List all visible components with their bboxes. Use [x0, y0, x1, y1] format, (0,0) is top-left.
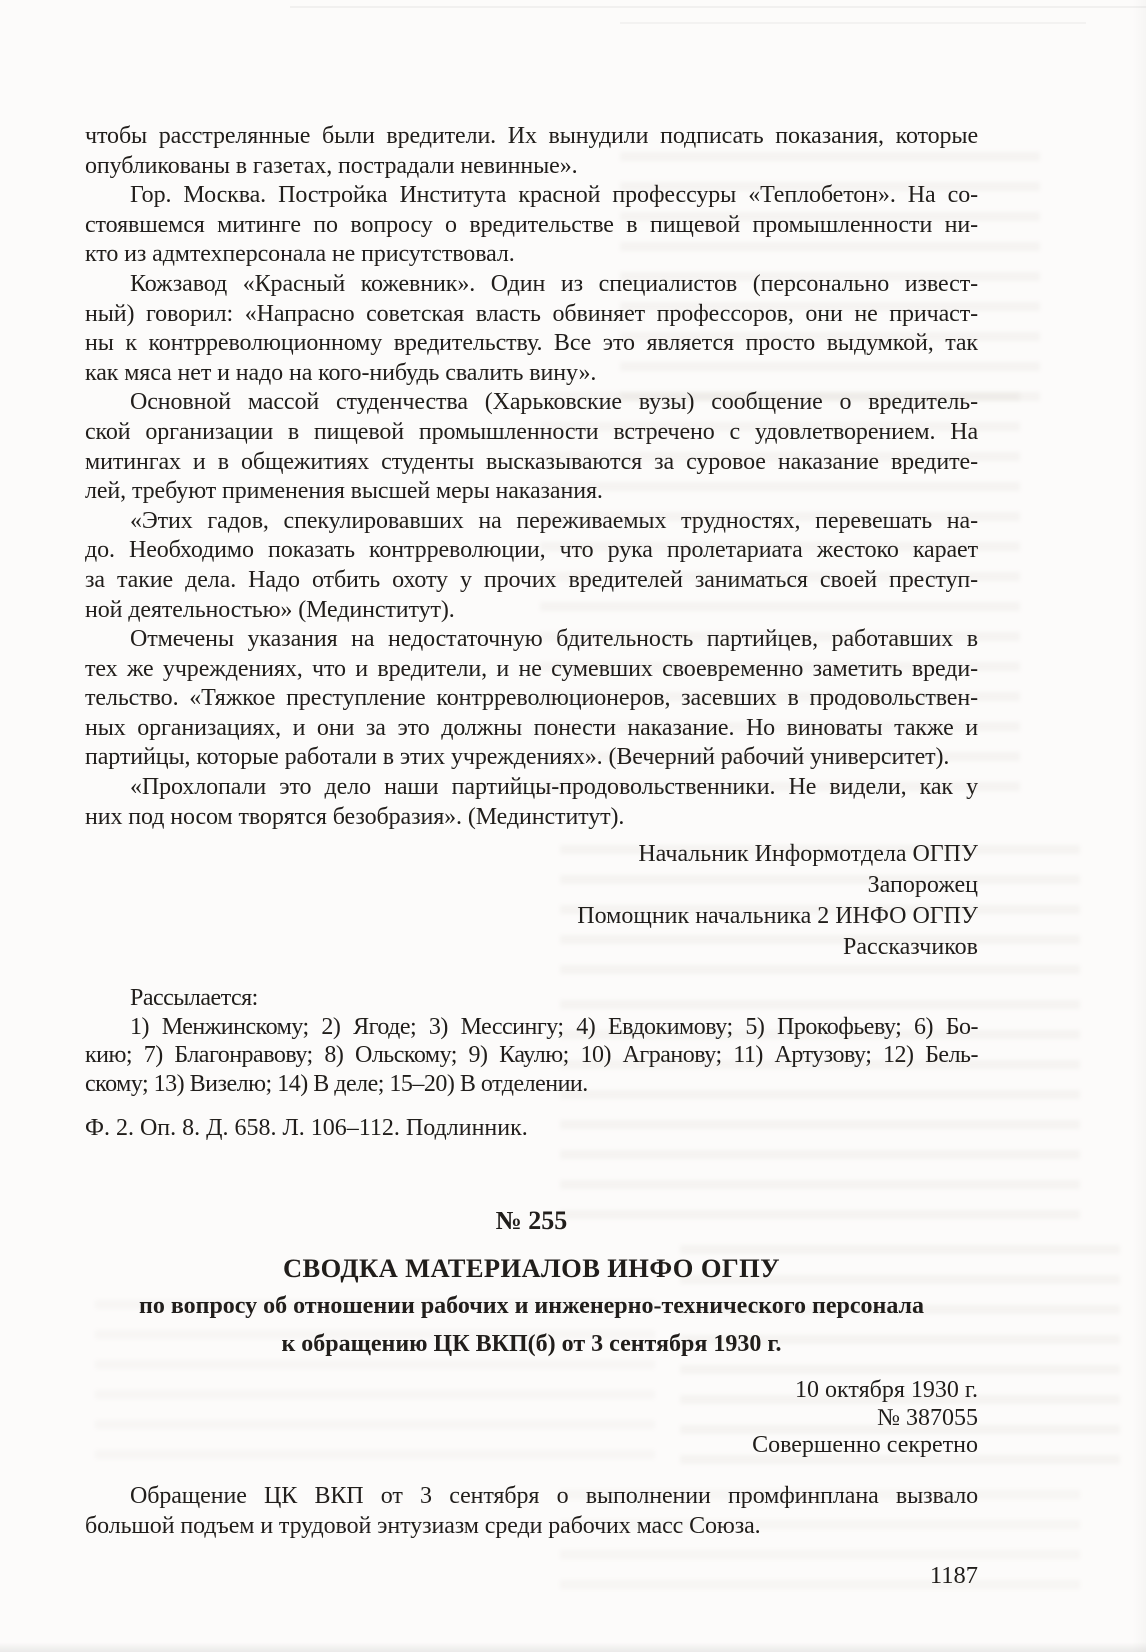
text-line: скому; 13) Визелю; 14) В деле; 15–20) В … [85, 1070, 978, 1099]
document-subtitle-line2: к обращению ЦК ВКП(б) от 3 сентября 1930… [85, 1329, 978, 1359]
document-title: СВОДКА МАТЕРИАЛОВ ИНФО ОГПУ [85, 1252, 978, 1284]
distribution-list: Рассылается: 1) Менжинскому; 2) Ягоде; 3… [85, 984, 978, 1098]
text-line: митингах и в общежитиях студенты высказы… [85, 448, 978, 478]
text-line: партийцы, которые работали в этих учрежд… [85, 743, 978, 773]
text-line: тех же учреждениях, что и вредители, и н… [85, 655, 978, 685]
text-line: Кожзавод «Красный кожевник». Один из спе… [85, 270, 978, 300]
text-line: стоявшемся митинге по вопросу о вредител… [85, 211, 978, 241]
signatory-name-2: Рассказчиков [85, 932, 978, 963]
text-line: опубликованы в газетах, пострадали невин… [85, 152, 978, 182]
signatory-title-1: Начальник Информотдела ОГПУ [85, 839, 978, 870]
signatory-title-2: Помощник начальника 2 ИНФО ОГПУ [85, 901, 978, 932]
distribution-recipients: 1) Менжинскому; 2) Ягоде; 3) Мессингу; 4… [85, 1013, 978, 1099]
text-line: «Этих гадов, спекулировавших на пережива… [85, 507, 978, 537]
scan-edge-shade [0, 1642, 1146, 1652]
document-opening-paragraph: Обращение ЦК ВКП от 3 сентября о выполне… [85, 1482, 978, 1541]
text-line: лей, требуют применения высшей меры нака… [85, 477, 978, 507]
scan-artifact-line [290, 6, 1146, 8]
scan-artifact-line [620, 22, 1086, 24]
text-line: ны к контрреволюционному вредительству. … [85, 329, 978, 359]
document-date: 10 октября 1930 г. [85, 1377, 978, 1405]
signatory-name-1: Запорожец [85, 870, 978, 901]
text-line: них под носом творятся безобразия». (Мед… [85, 803, 978, 833]
text-line: кто из адмтехперсонала не присутствовал. [85, 240, 978, 270]
scanned-document-page: чтобы расстрелянные были вредители. Их в… [0, 0, 1146, 1652]
text-line: ной деятельностью» (Мединститут). [85, 596, 978, 626]
text-line: Гор. Москва. Постройка Института красной… [85, 181, 978, 211]
ogpu-report-body: чтобы расстрелянные были вредители. Их в… [85, 122, 978, 832]
scan-edge-shade [1132, 0, 1146, 1652]
text-line: ской организации в пищевой промышленност… [85, 418, 978, 448]
signature-block: Начальник Информотдела ОГПУ Запорожец По… [85, 839, 978, 963]
text-line: 1) Менжинскому; 2) Ягоде; 3) Мессингу; 4… [85, 1013, 978, 1042]
archive-reference: Ф. 2. Оп. 8. Д. 658. Л. 106–112. Подлинн… [85, 1114, 978, 1143]
text-line: ный) говорил: «Напрасно советская власть… [85, 300, 978, 330]
text-line: за такие дела. Надо отбить охоту у прочи… [85, 566, 978, 596]
text-line: кию; 7) Благонравову; 8) Ольскому; 9) Ка… [85, 1041, 978, 1070]
document-subtitle-line1: по вопросу об отношении рабочих и инжене… [85, 1291, 978, 1321]
text-line: чтобы расстрелянные были вредители. Их в… [85, 122, 978, 152]
document-ref-number: № 387055 [85, 1405, 978, 1433]
text-line: большой подъем и трудовой энтузиазм сред… [85, 1512, 978, 1542]
text-line: тельство. «Тяжкое преступление контррево… [85, 684, 978, 714]
secrecy-classification: Совершенно секретно [85, 1432, 978, 1460]
text-line: как мяса нет и надо на кого-нибудь свали… [85, 359, 978, 389]
text-line: ных организациях, и они за это должны по… [85, 714, 978, 744]
text-line: Отмечены указания на недостаточную бдите… [85, 625, 978, 655]
text-line: до. Необходимо показать контрреволюции, … [85, 536, 978, 566]
page-number: 1187 [85, 1562, 978, 1590]
text-line: Основной массой студенчества (Харьковски… [85, 388, 978, 418]
document-number-heading: № 255 [85, 1206, 978, 1236]
distribution-header: Рассылается: [85, 984, 978, 1013]
text-line: «Прохлопали это дело наши партийцы-продо… [85, 773, 978, 803]
document-date-block: 10 октября 1930 г. № 387055 Совершенно с… [85, 1377, 978, 1460]
text-line: Обращение ЦК ВКП от 3 сентября о выполне… [85, 1482, 978, 1512]
